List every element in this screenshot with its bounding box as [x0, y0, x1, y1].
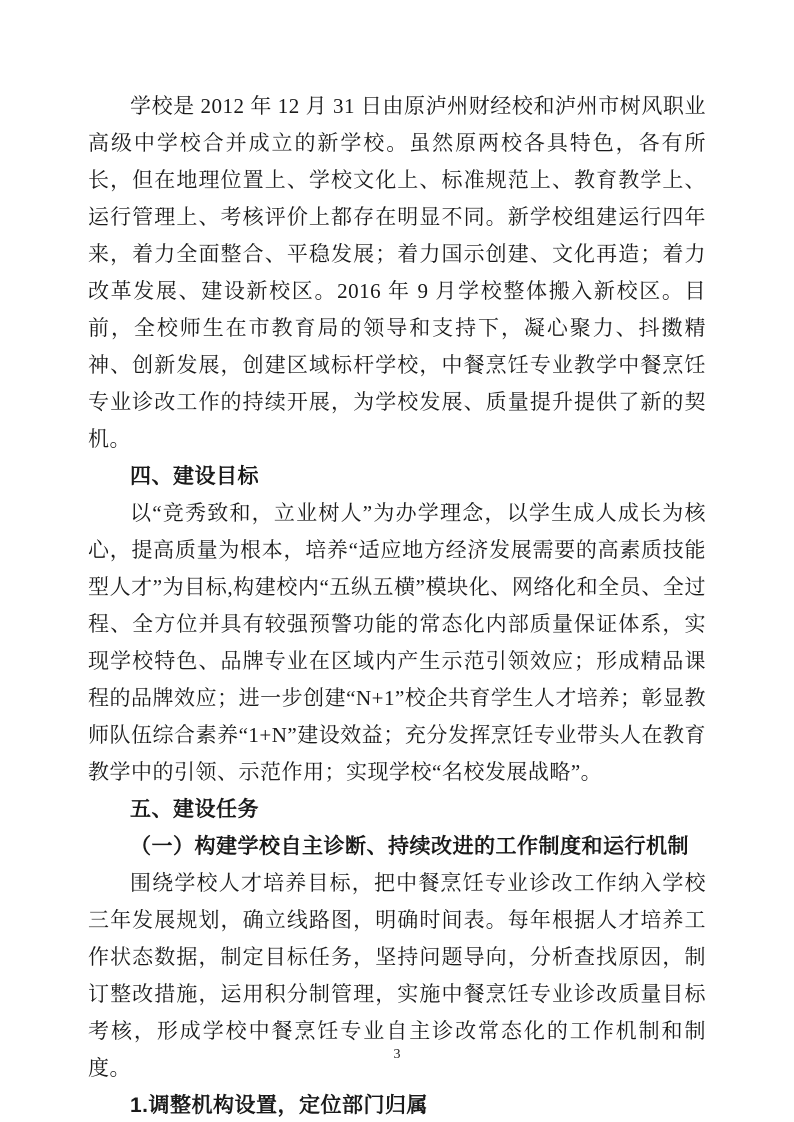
page-number: 3 — [0, 1046, 794, 1064]
subsection-heading-adjust-organization: 1.调整机构设置，定位部门归属 — [88, 1087, 706, 1122]
document-body: 学校是 2012 年 12 月 31 日由原泸州财经校和泸州市树风职业高级中学校… — [88, 88, 706, 1122]
document-page: 学校是 2012 年 12 月 31 日由原泸州财经校和泸州市树风职业高级中学校… — [0, 0, 794, 1122]
paragraph-construction-goals: 以“竞秀致和，立业树人”为办学理念，以学生成人成长为核心，提高质量为根本，培养“… — [88, 495, 706, 791]
section-heading-construction-tasks: 五、建设任务 — [88, 791, 706, 828]
section-heading-construction-goals: 四、建设目标 — [88, 458, 706, 495]
paragraph-school-intro: 学校是 2012 年 12 月 31 日由原泸州财经校和泸州市树风职业高级中学校… — [88, 88, 706, 458]
subsection-heading-work-system: （一）构建学校自主诊断、持续改进的工作制度和运行机制 — [88, 828, 706, 865]
